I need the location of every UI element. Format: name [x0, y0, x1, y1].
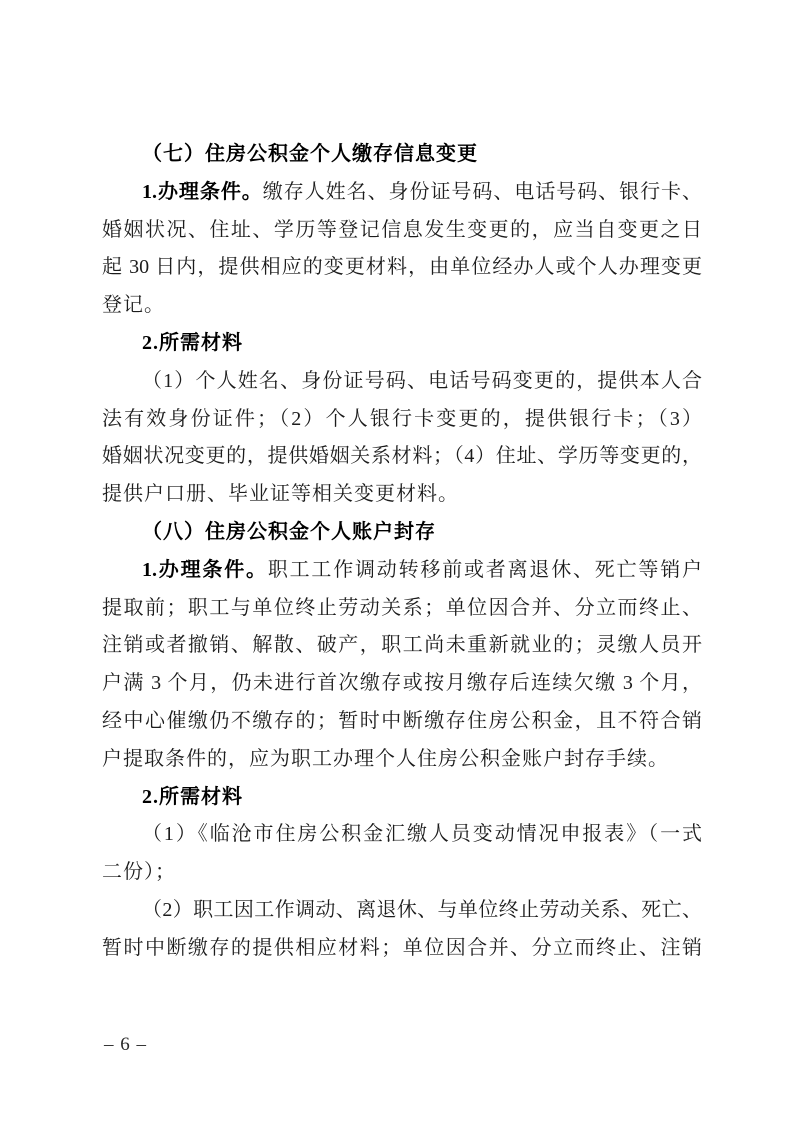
section-7-materials-line: 法有效身份证件；（2）个人银行卡变更的，提供银行卡；（3）	[102, 401, 702, 439]
section-8-conditions-line: 提取前；职工与单位终止劳动关系；单位因合并、分立而终止、	[102, 590, 702, 628]
section-8-conditions-line: 注销或者撤销、解散、破产，职工尚未重新就业的；灵缴人员开	[102, 627, 702, 665]
document-content: （七）住房公积金个人缴存信息变更1.办理条件。缴存人姓名、身份证号码、电话号码、…	[102, 136, 702, 968]
section-7-conditions-line: 婚姻状况、住址、学历等登记信息发生变更的，应当自变更之日	[102, 212, 702, 250]
run-in-label: 1.办理条件。	[142, 181, 263, 203]
section-7-materials-line: 婚姻状况变更的，提供婚姻关系材料；（4）住址、学历等变更的，	[102, 438, 702, 476]
section-8-conditions-line: 户提取条件的，应为职工办理个人住房公积金账户封存手续。	[102, 741, 702, 779]
section-7-materials-heading: 2.所需材料	[102, 325, 702, 363]
section-7-conditions-line: 登记。	[102, 287, 702, 325]
section-8-materials-item-1-line: （1）《临沧市住房公积金汇缴人员变动情况申报表》（一式	[102, 816, 702, 854]
section-7-materials-line: 提供户口册、毕业证等相关变更材料。	[102, 476, 702, 514]
section-8-conditions-line: 1.办理条件。职工工作调动转移前或者离退休、死亡等销户	[102, 552, 702, 590]
section-7-conditions-line: 起 30 日内，提供相应的变更材料，由单位经办人或个人办理变更	[102, 249, 702, 287]
document-page: （七）住房公积金个人缴存信息变更1.办理条件。缴存人姓名、身份证号码、电话号码、…	[0, 0, 794, 1123]
section-8-conditions-line: 户满 3 个月，仍未进行首次缴存或按月缴存后连续欠缴 3 个月，	[102, 665, 702, 703]
section-8-conditions-line: 经中心催缴仍不缴存的；暂时中断缴存住房公积金，且不符合销	[102, 703, 702, 741]
section-8-heading: （八）住房公积金个人账户封存	[102, 514, 702, 552]
run-in-label: 1.办理条件。	[142, 559, 268, 581]
section-8-materials-item-1-line: 二份）；	[102, 854, 702, 892]
section-8-materials-item-2-line: （2）职工因工作调动、离退休、与单位终止劳动关系、死亡、	[102, 892, 702, 930]
section-7-materials-line: （1）个人姓名、身份证号码、电话号码变更的，提供本人合	[102, 363, 702, 401]
section-7-heading: （七）住房公积金个人缴存信息变更	[102, 136, 702, 174]
section-8-materials-heading: 2.所需材料	[102, 779, 702, 817]
section-7-conditions-line: 1.办理条件。缴存人姓名、身份证号码、电话号码、银行卡、	[102, 174, 702, 212]
page-number: – 6 –	[104, 1033, 147, 1057]
section-8-materials-item-2-line: 暂时中断缴存的提供相应材料；单位因合并、分立而终止、注销	[102, 930, 702, 968]
